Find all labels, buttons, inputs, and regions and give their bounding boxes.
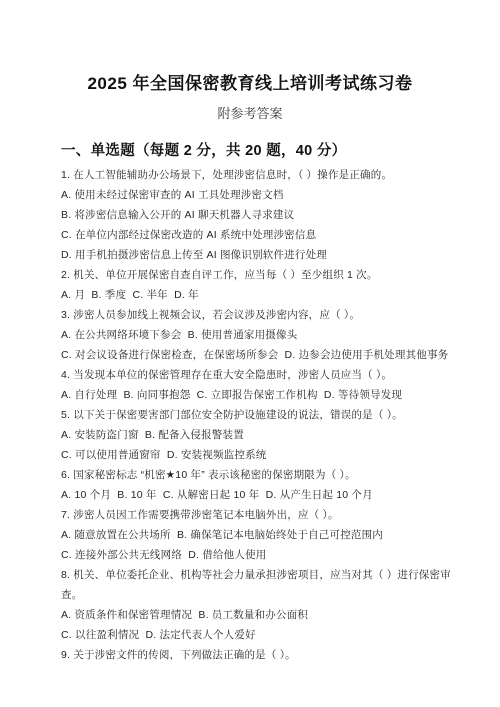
- question-stem: 8. 机关、单位委托企业、机构等社会力量承担涉密项目，应当对其（ ）进行保密审查…: [61, 565, 460, 605]
- question-stem: 7. 涉密人员因工作需要携带涉密笔记本电脑外出，应（ ）。: [61, 505, 460, 525]
- section-heading: 一、单选题（每题 2 分，共 20 题，40 分）: [61, 141, 439, 162]
- question-stem: 9. 关于涉密文件的传阅，下列做法正确的是（ ）。: [61, 645, 460, 665]
- question-list: 1. 在人工智能辅助办公场景下，处理涉密信息时，（ ）操作是正确的。 A. 使用…: [61, 165, 460, 665]
- page-subtitle: 附参考答案: [0, 105, 500, 123]
- option-line: B. 将涉密信息输入公开的 AI 聊天机器人寻求建议: [61, 205, 460, 225]
- option-line: C. 连接外部公共无线网络 D. 借给他人使用: [61, 545, 460, 565]
- option-line: A. 月 B. 季度 C. 半年 D. 年: [61, 285, 460, 305]
- option-line: D. 用手机拍摄涉密信息上传至 AI 图像识别软件进行处理: [61, 245, 460, 265]
- option-line: A. 随意放置在公共场所 B. 确保笔记本电脑始终处于自己可控范围内: [61, 525, 460, 545]
- option-line: A. 资质条件和保密管理情况 B. 员工数量和办公面积: [61, 605, 460, 625]
- page-title: 2025 年全国保密教育线上培训考试练习卷: [0, 0, 500, 96]
- option-line: A. 自行处理 B. 向同事抱怨 C. 立即报告保密工作机构 D. 等待领导发现: [61, 385, 460, 405]
- question-stem: 3. 涉密人员参加线上视频会议，若会议涉及涉密内容，应（ ）。: [61, 305, 460, 325]
- question-stem: 4. 当发现本单位的保密管理存在重大安全隐患时，涉密人员应当（ ）。: [61, 365, 460, 385]
- option-line: A. 使用未经过保密审查的 AI 工具处理涉密文档: [61, 185, 460, 205]
- question-stem: 6. 国家秘密标志 “机密★10 年” 表示该秘密的保密期限为（ ）。: [61, 465, 460, 485]
- option-line: A. 在公共网络环境下参会 B. 使用普通家用摄像头: [61, 325, 460, 345]
- option-line: A. 安装防盗门窗 B. 配备入侵报警装置: [61, 425, 460, 445]
- question-stem: 1. 在人工智能辅助办公场景下，处理涉密信息时，（ ）操作是正确的。: [61, 165, 460, 185]
- question-stem: 5. 以下关于保密要害部门部位安全防护设施建设的说法，错误的是（ ）。: [61, 405, 460, 425]
- option-line: C. 可以使用普通窗帘 D. 安装视频监控系统: [61, 445, 460, 465]
- option-line: A. 10 个月 B. 10 年 C. 从解密日起 10 年 D. 从产生日起 …: [61, 485, 460, 505]
- option-line: C. 在单位内部经过保密改造的 AI 系统中处理涉密信息: [61, 225, 460, 245]
- document-page: 2025 年全国保密教育线上培训考试练习卷 附参考答案 一、单选题（每题 2 分…: [0, 0, 500, 707]
- question-stem: 2. 机关、单位开展保密自查自评工作，应当每（ ）至少组织 1 次。: [61, 265, 460, 285]
- option-line: C. 以往盈利情况 D. 法定代表人个人爱好: [61, 625, 460, 645]
- option-line: C. 对会议设备进行保密检查，在保密场所参会 D. 边参会边使用手机处理其他事务: [61, 345, 460, 365]
